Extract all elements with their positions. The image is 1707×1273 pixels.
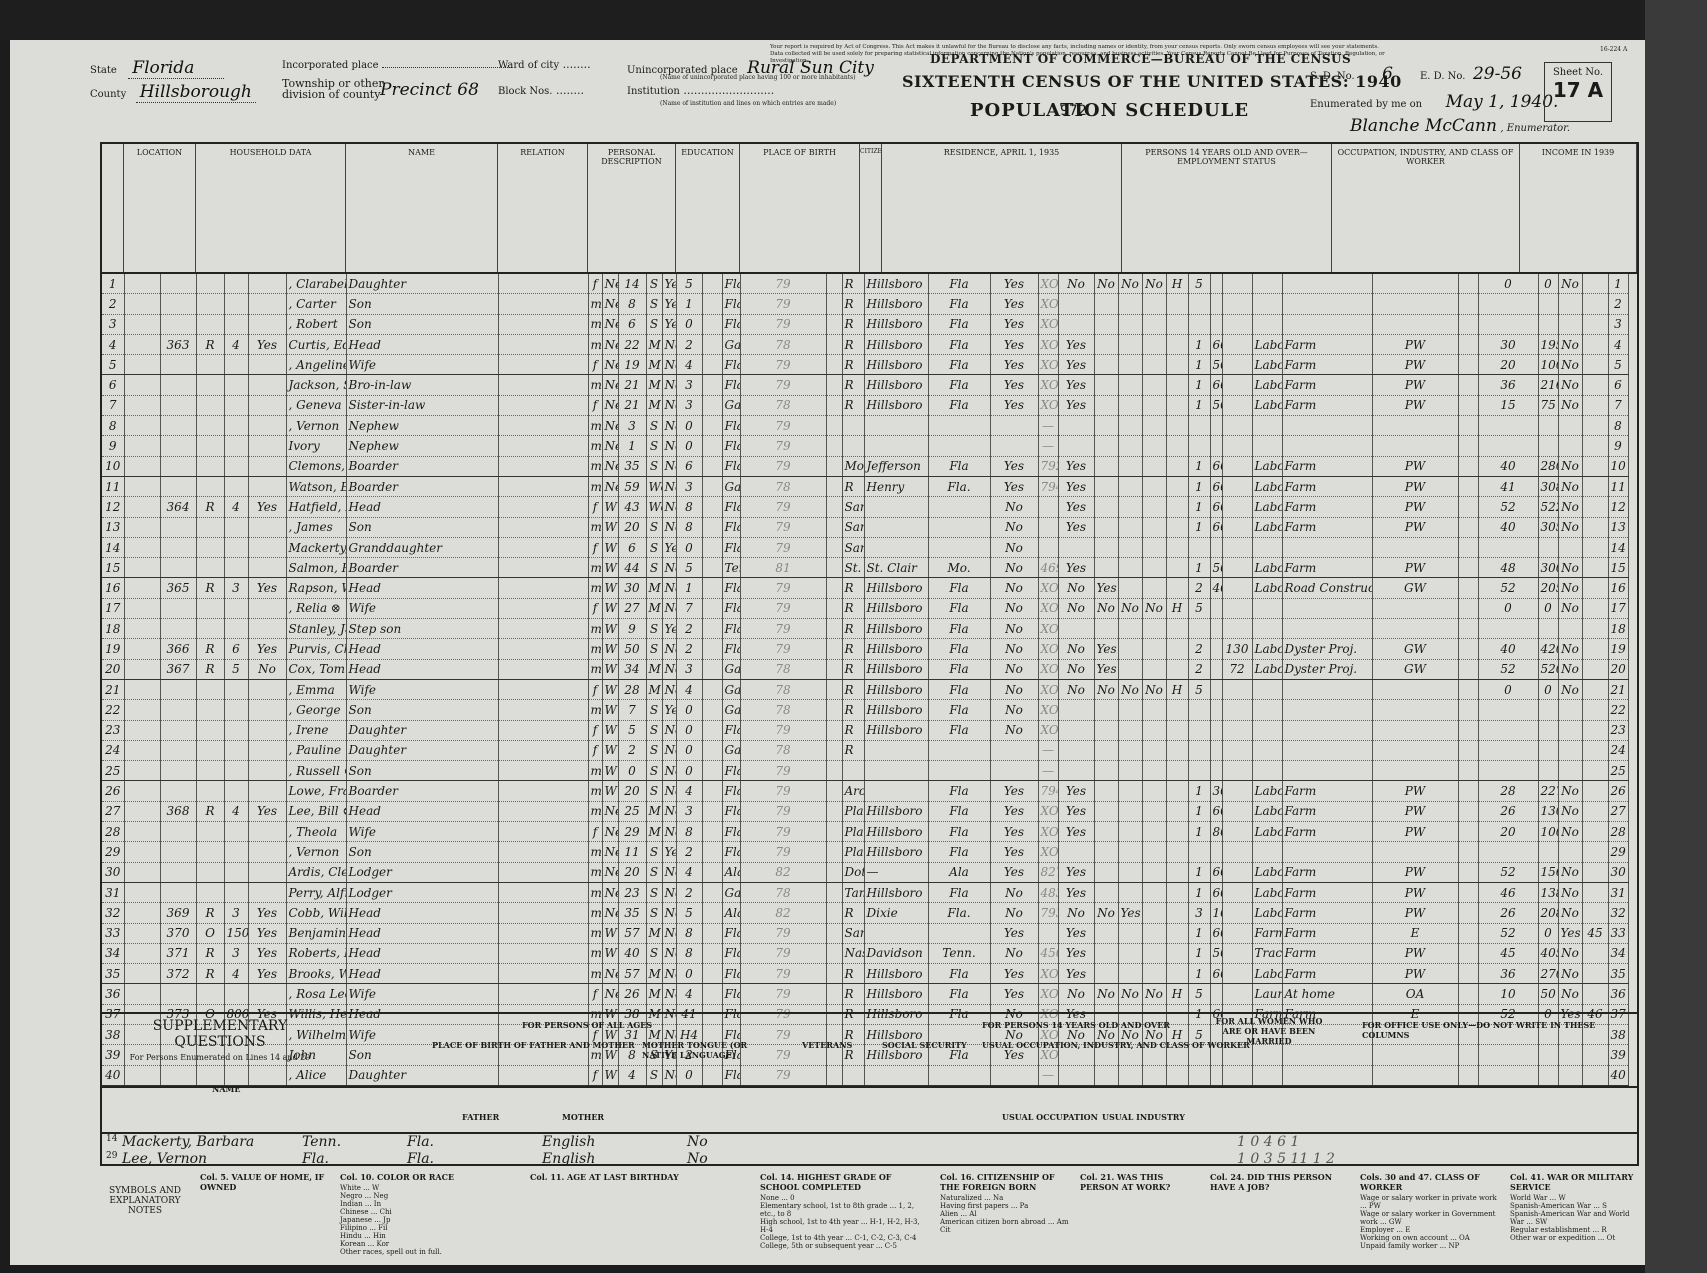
attended-school: No bbox=[662, 639, 676, 659]
marital-status: M bbox=[646, 598, 662, 618]
residence-1935-county bbox=[864, 923, 928, 943]
residence-1935-county: Hillsboro bbox=[864, 720, 928, 740]
blank-cell bbox=[124, 375, 160, 395]
marital-status: S bbox=[646, 862, 662, 882]
occupation: Laborer bbox=[1252, 882, 1282, 902]
wages-1939: 300 bbox=[1538, 558, 1558, 578]
blank-cell bbox=[124, 720, 160, 740]
home-value bbox=[224, 740, 248, 760]
farm-schedule bbox=[1582, 355, 1608, 375]
blank-cell bbox=[702, 903, 722, 923]
residence-1935-city: Same house bbox=[842, 923, 864, 943]
age: 57 bbox=[618, 923, 646, 943]
public-emergency-work bbox=[1094, 517, 1118, 537]
code-e bbox=[1188, 436, 1210, 456]
blank-cell bbox=[1458, 781, 1478, 801]
blank-cell bbox=[498, 436, 588, 456]
industry: Farm bbox=[1282, 558, 1372, 578]
table-row: 14Mackerty, BarbaraGranddaughterfW6SYes0… bbox=[102, 537, 1650, 557]
code-e: 2 bbox=[1188, 659, 1210, 679]
race: W bbox=[602, 923, 618, 943]
residence-1935-state: Fla bbox=[928, 984, 990, 1004]
activity-code: H bbox=[1166, 984, 1188, 1004]
farm-residence bbox=[248, 416, 286, 436]
farm-schedule bbox=[1582, 436, 1608, 456]
age: 20 bbox=[618, 517, 646, 537]
home-value: 4 bbox=[224, 497, 248, 517]
birthplace: Fla. bbox=[722, 274, 740, 294]
other-income: No bbox=[1558, 822, 1582, 842]
race: Neg bbox=[602, 314, 618, 334]
sex: f bbox=[588, 537, 602, 557]
attended-school: No bbox=[662, 943, 676, 963]
age: 50 bbox=[618, 639, 646, 659]
line-number-right: 16 bbox=[1608, 578, 1628, 598]
farm-residence: No bbox=[248, 659, 286, 679]
seeking-work bbox=[1118, 943, 1142, 963]
activity-code bbox=[1166, 659, 1188, 679]
note-item: Employer ... E bbox=[1360, 1226, 1500, 1234]
activity-code bbox=[1166, 639, 1188, 659]
table-row: 16365R3YesRapson, WilliamHeadmW30MNo1Fla… bbox=[102, 578, 1650, 598]
blank-cell bbox=[826, 842, 842, 862]
at-work: Yes bbox=[1058, 476, 1094, 496]
blank-cell bbox=[124, 639, 160, 659]
supp-name: Lee, Vernon bbox=[122, 1151, 207, 1167]
grade-completed: 8 bbox=[676, 943, 702, 963]
code-e: 5 bbox=[1188, 679, 1210, 699]
home-owned bbox=[196, 416, 224, 436]
occupation: Laborer bbox=[1252, 801, 1282, 821]
sheet-number: 17 A bbox=[1545, 78, 1611, 102]
note-item: Having first papers ... Pa bbox=[940, 1202, 1070, 1210]
farm-residence bbox=[248, 862, 286, 882]
wages-1939 bbox=[1538, 537, 1558, 557]
household-number: 363 bbox=[160, 334, 196, 354]
relation: Wife bbox=[346, 822, 498, 842]
birth-code: 78 bbox=[740, 659, 826, 679]
blank-cell bbox=[124, 659, 160, 679]
code-d: XOV2 bbox=[1038, 274, 1058, 294]
seeking-work bbox=[1118, 395, 1142, 415]
weeks-unemployed bbox=[1222, 497, 1252, 517]
blank-cell bbox=[1458, 822, 1478, 842]
residence-1935-city: Nashville bbox=[842, 943, 864, 963]
supp-veterans-header: VETERANS bbox=[802, 1040, 852, 1050]
blank-cell bbox=[124, 355, 160, 375]
code-d: XOV1 bbox=[1038, 720, 1058, 740]
blank-cell bbox=[498, 679, 588, 699]
county-field: County Hillsborough bbox=[90, 82, 256, 102]
blank-cell bbox=[702, 619, 722, 639]
line-number-right: 27 bbox=[1608, 801, 1628, 821]
household-number bbox=[160, 679, 196, 699]
code-d: 7922 bbox=[1038, 456, 1058, 476]
seeking-work bbox=[1118, 781, 1142, 801]
relation: Son bbox=[346, 294, 498, 314]
notes-col11: Col. 11. AGE AT LAST BIRTHDAY bbox=[530, 1172, 750, 1184]
class-of-worker: PW bbox=[1372, 862, 1458, 882]
blank-cell bbox=[826, 456, 842, 476]
marital-status: S bbox=[646, 943, 662, 963]
occupation: Laborer bbox=[1252, 903, 1282, 923]
occupation: Laborer bbox=[1252, 558, 1282, 578]
sex: m bbox=[588, 801, 602, 821]
line-number: 28 bbox=[102, 822, 124, 842]
grade-completed: 0 bbox=[676, 720, 702, 740]
col-group-occupation: OCCUPATION, INDUSTRY, AND CLASS OF WORKE… bbox=[1332, 144, 1520, 272]
blank-cell bbox=[826, 355, 842, 375]
line-number: 35 bbox=[102, 964, 124, 984]
residence-1935-city: Monticello bbox=[842, 456, 864, 476]
attended-school: No bbox=[662, 964, 676, 984]
activity-code bbox=[1166, 416, 1188, 436]
relation: Daughter bbox=[346, 740, 498, 760]
supp-name-col: NAME bbox=[212, 1084, 240, 1094]
notes-col16: Col. 16. CITIZENSHIP OF THE FOREIGN BORN… bbox=[940, 1172, 1070, 1234]
race: W bbox=[602, 659, 618, 679]
blank-cell bbox=[826, 740, 842, 760]
has-job bbox=[1142, 761, 1166, 781]
blank-cell bbox=[1458, 639, 1478, 659]
farm-residence bbox=[248, 355, 286, 375]
occupation: Laborer bbox=[1252, 639, 1282, 659]
activity-code bbox=[1166, 558, 1188, 578]
weeks-unemployed bbox=[1222, 882, 1252, 902]
farm-residence bbox=[248, 314, 286, 334]
notes-col30: Cols. 30 and 47. CLASS OF WORKER Wage or… bbox=[1360, 1172, 1500, 1250]
other-income: No bbox=[1558, 801, 1582, 821]
occupation: Farming bbox=[1252, 923, 1282, 943]
blank-cell bbox=[1458, 842, 1478, 862]
home-owned: R bbox=[196, 578, 224, 598]
blank-cell bbox=[498, 598, 588, 618]
blank-cell bbox=[702, 679, 722, 699]
residence-1935-city: Plant City bbox=[842, 822, 864, 842]
relation: Boarder bbox=[346, 558, 498, 578]
code-d: XOV1 bbox=[1038, 619, 1058, 639]
residence-1935-city: R bbox=[842, 740, 864, 760]
birth-code: 79 bbox=[740, 436, 826, 456]
wages-1939 bbox=[1538, 294, 1558, 314]
residence-1935-county bbox=[864, 416, 928, 436]
home-value: 3 bbox=[224, 943, 248, 963]
residence-1935-city: St. Louis bbox=[842, 558, 864, 578]
occupation bbox=[1252, 274, 1282, 294]
supp-office-codes: 1 0 4 6 1 bbox=[1237, 1134, 1299, 1150]
grade-completed: 3 bbox=[676, 659, 702, 679]
age: 30 bbox=[618, 578, 646, 598]
seeking-work bbox=[1118, 923, 1142, 943]
residence-1935-state bbox=[928, 517, 990, 537]
population-table: LOCATION HOUSEHOLD DATA NAME RELATION PE… bbox=[100, 142, 1639, 1088]
relation: Boarder bbox=[346, 781, 498, 801]
industry: Farm bbox=[1282, 822, 1372, 842]
has-job bbox=[1142, 822, 1166, 842]
blank-cell bbox=[826, 801, 842, 821]
farm-schedule bbox=[1582, 456, 1608, 476]
sex: m bbox=[588, 700, 602, 720]
code-d bbox=[1038, 517, 1058, 537]
birth-code: 79 bbox=[740, 923, 826, 943]
farm-schedule: 45 bbox=[1582, 923, 1608, 943]
birth-code: 79 bbox=[740, 761, 826, 781]
sex: m bbox=[588, 334, 602, 354]
weeks-unemployed bbox=[1222, 822, 1252, 842]
home-owned bbox=[196, 619, 224, 639]
line-number: 22 bbox=[102, 700, 124, 720]
wages-1939: 100 bbox=[1538, 822, 1558, 842]
race: Neg bbox=[602, 882, 618, 902]
farm-residence bbox=[248, 294, 286, 314]
person-name: , Emma bbox=[286, 679, 346, 699]
residence-1935-city: R bbox=[842, 639, 864, 659]
weeks-worked: 0 bbox=[1478, 598, 1538, 618]
notes-col41-heading: Col. 41. WAR OR MILITARY SERVICE bbox=[1510, 1172, 1635, 1192]
code-d: XOV4 bbox=[1038, 801, 1058, 821]
home-owned bbox=[196, 274, 224, 294]
line-number-right: 28 bbox=[1608, 822, 1628, 842]
farm-1935: Yes bbox=[990, 395, 1038, 415]
farm-schedule bbox=[1582, 578, 1608, 598]
household-number bbox=[160, 842, 196, 862]
residence-1935-city: R bbox=[842, 903, 864, 923]
farm-schedule bbox=[1582, 416, 1608, 436]
blank-cell bbox=[826, 862, 842, 882]
public-emergency-work bbox=[1094, 537, 1118, 557]
relation: Head bbox=[346, 578, 498, 598]
weeks-worked bbox=[1478, 314, 1538, 334]
home-value bbox=[224, 294, 248, 314]
farm-1935: No bbox=[990, 943, 1038, 963]
birthplace: Fla. bbox=[722, 517, 740, 537]
at-work: No bbox=[1058, 598, 1094, 618]
age: 44 bbox=[618, 558, 646, 578]
weeks-worked: 45 bbox=[1478, 943, 1538, 963]
birth-code: 79 bbox=[740, 639, 826, 659]
blank-cell bbox=[124, 619, 160, 639]
marital-status: S bbox=[646, 517, 662, 537]
farm-1935: Yes bbox=[990, 964, 1038, 984]
home-owned bbox=[196, 598, 224, 618]
marital-status: M bbox=[646, 375, 662, 395]
note-item: Filipino ... Fil bbox=[340, 1224, 520, 1232]
birth-code: 79 bbox=[740, 314, 826, 334]
seeking-work bbox=[1118, 558, 1142, 578]
race: W bbox=[602, 639, 618, 659]
weeks-unemployed bbox=[1222, 314, 1252, 334]
hours-worked: 60 bbox=[1210, 456, 1222, 476]
residence-1935-state: Fla bbox=[928, 395, 990, 415]
occupation bbox=[1252, 416, 1282, 436]
col-group-household: HOUSEHOLD DATA bbox=[196, 144, 346, 272]
code-d: XOV2 bbox=[1038, 294, 1058, 314]
has-job bbox=[1142, 720, 1166, 740]
farm-schedule bbox=[1582, 781, 1608, 801]
farm-residence: Yes bbox=[248, 801, 286, 821]
table-row: 36, Rosa LeeWifefNeg26MNo4Fla.79RHillsbo… bbox=[102, 984, 1650, 1004]
marital-status: S bbox=[646, 720, 662, 740]
age: 7 bbox=[618, 700, 646, 720]
person-name: Roberts, Morris ⊗ bbox=[286, 943, 346, 963]
class-of-worker bbox=[1372, 761, 1458, 781]
table-row: 32369R3YesCobb, Wilson ⊗HeadmNeg35SNo5Al… bbox=[102, 903, 1650, 923]
at-work: Yes bbox=[1058, 781, 1094, 801]
person-name: Watson, Eddie bbox=[286, 476, 346, 496]
blank-cell bbox=[124, 923, 160, 943]
seeking-work: No bbox=[1118, 984, 1142, 1004]
line-number: 25 bbox=[102, 761, 124, 781]
birth-code: 79 bbox=[740, 964, 826, 984]
weeks-worked bbox=[1478, 416, 1538, 436]
residence-1935-state: Fla bbox=[928, 456, 990, 476]
code-d: 4697 bbox=[1038, 558, 1058, 578]
at-work: Yes bbox=[1058, 375, 1094, 395]
wages-1939 bbox=[1538, 619, 1558, 639]
supp-usual-occupation-col: USUAL OCCUPATION bbox=[1002, 1112, 1098, 1122]
weeks-worked: 41 bbox=[1478, 476, 1538, 496]
sex: m bbox=[588, 436, 602, 456]
birth-code: 78 bbox=[740, 700, 826, 720]
has-job bbox=[1142, 923, 1166, 943]
blank-cell bbox=[124, 984, 160, 1004]
birth-code: 78 bbox=[740, 395, 826, 415]
has-job bbox=[1142, 558, 1166, 578]
home-owned bbox=[196, 761, 224, 781]
birth-code: 79 bbox=[740, 537, 826, 557]
industry: Farm bbox=[1282, 497, 1372, 517]
home-value bbox=[224, 984, 248, 1004]
residence-1935-city: Same house bbox=[842, 497, 864, 517]
notes-col5: Col. 5. VALUE OF HOME, IF OWNED bbox=[200, 1172, 340, 1194]
farm-schedule bbox=[1582, 862, 1608, 882]
supp-mother: Fla. bbox=[407, 1134, 434, 1150]
has-job bbox=[1142, 862, 1166, 882]
farm-1935: No bbox=[990, 497, 1038, 517]
at-work bbox=[1058, 740, 1094, 760]
birth-code: 79 bbox=[740, 720, 826, 740]
class-of-worker: PW bbox=[1372, 476, 1458, 496]
home-owned bbox=[196, 882, 224, 902]
census-rows: 1, ClarabelleDaughterfNeg14SYes5Fla.79RH… bbox=[102, 274, 1650, 1086]
race: Neg bbox=[602, 355, 618, 375]
line-number: 21 bbox=[102, 679, 124, 699]
wages-1939 bbox=[1538, 720, 1558, 740]
code-e: 5 bbox=[1188, 274, 1210, 294]
birthplace: Fla. bbox=[722, 964, 740, 984]
residence-1935-state: Fla bbox=[928, 882, 990, 902]
wages-1939 bbox=[1538, 416, 1558, 436]
code-d: XOV2 bbox=[1038, 355, 1058, 375]
blank-cell bbox=[702, 740, 722, 760]
weeks-worked: 52 bbox=[1478, 923, 1538, 943]
sex: m bbox=[588, 416, 602, 436]
note-item: Wage or salary worker in Government work… bbox=[1360, 1210, 1500, 1226]
race: W bbox=[602, 740, 618, 760]
table-row: 26Lowe, FrancisBoardermW20SNo4Fla.79Arca… bbox=[102, 781, 1650, 801]
activity-code bbox=[1166, 476, 1188, 496]
other-income: No bbox=[1558, 903, 1582, 923]
residence-1935-city: R bbox=[842, 619, 864, 639]
industry: At home bbox=[1282, 984, 1372, 1004]
public-emergency-work bbox=[1094, 355, 1118, 375]
farm-1935: No bbox=[990, 598, 1038, 618]
home-owned bbox=[196, 862, 224, 882]
weeks-unemployed bbox=[1222, 761, 1252, 781]
blank-cell bbox=[124, 314, 160, 334]
blank-cell bbox=[1458, 456, 1478, 476]
relation: Head bbox=[346, 801, 498, 821]
person-name: , Geneva ⊗ bbox=[286, 395, 346, 415]
table-row: 10Clemons, JohnBoardermNeg35SNo6Fla.79Mo… bbox=[102, 456, 1650, 476]
blank-cell bbox=[498, 497, 588, 517]
activity-code: H bbox=[1166, 598, 1188, 618]
public-emergency-work bbox=[1094, 761, 1118, 781]
seeking-work bbox=[1118, 375, 1142, 395]
has-job: No bbox=[1142, 679, 1166, 699]
blank-cell bbox=[826, 639, 842, 659]
occupation: Laborer bbox=[1252, 578, 1282, 598]
sex: m bbox=[588, 314, 602, 334]
notes-col30-heading: Cols. 30 and 47. CLASS OF WORKER bbox=[1360, 1172, 1500, 1192]
relation: Wife bbox=[346, 598, 498, 618]
seeking-work bbox=[1118, 659, 1142, 679]
blank-cell bbox=[702, 294, 722, 314]
other-income: No bbox=[1558, 781, 1582, 801]
marital-status: S bbox=[646, 740, 662, 760]
sex: m bbox=[588, 375, 602, 395]
blank-cell bbox=[826, 984, 842, 1004]
code-d: 7942 bbox=[1038, 476, 1058, 496]
other-income: No bbox=[1558, 943, 1582, 963]
col-group-income: INCOME IN 1939 bbox=[1520, 144, 1637, 272]
household-number bbox=[160, 314, 196, 334]
grade-completed: 2 bbox=[676, 619, 702, 639]
line-number: 33 bbox=[102, 923, 124, 943]
attended-school: No bbox=[662, 416, 676, 436]
age: 27 bbox=[618, 598, 646, 618]
farm-1935 bbox=[990, 740, 1038, 760]
public-emergency-work bbox=[1094, 740, 1118, 760]
farm-1935: No bbox=[990, 700, 1038, 720]
code-d bbox=[1038, 923, 1058, 943]
occupation bbox=[1252, 679, 1282, 699]
at-work: Yes bbox=[1058, 923, 1094, 943]
seeking-work bbox=[1118, 578, 1142, 598]
blank-cell bbox=[702, 476, 722, 496]
note-item: Indian ... In bbox=[340, 1200, 520, 1208]
weeks-worked: 52 bbox=[1478, 659, 1538, 679]
home-owned bbox=[196, 679, 224, 699]
hours-worked: 60 bbox=[1210, 882, 1222, 902]
person-name: , Irene bbox=[286, 720, 346, 740]
residence-1935-state: Fla bbox=[928, 619, 990, 639]
person-name: Ardis, Clem ⊗ bbox=[286, 862, 346, 882]
industry: Farm bbox=[1282, 395, 1372, 415]
at-work: Yes bbox=[1058, 355, 1094, 375]
code-e: 1 bbox=[1188, 497, 1210, 517]
occupation: Laborer bbox=[1252, 781, 1282, 801]
blank-cell bbox=[498, 862, 588, 882]
age: 2 bbox=[618, 740, 646, 760]
age: 9 bbox=[618, 619, 646, 639]
at-work: Yes bbox=[1058, 822, 1094, 842]
hours-worked: 60 bbox=[1210, 862, 1222, 882]
col-group-location: LOCATION bbox=[124, 144, 196, 272]
wages-1939: 270 bbox=[1538, 964, 1558, 984]
public-emergency-work bbox=[1094, 314, 1118, 334]
attended-school: Yes bbox=[662, 619, 676, 639]
